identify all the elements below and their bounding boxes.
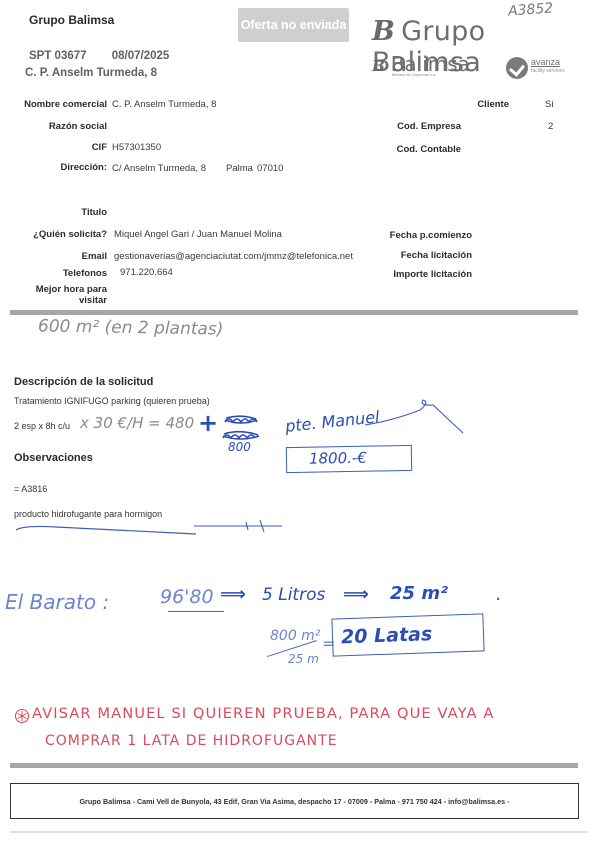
description-line-1: Tratamiento IGNIFUGO parking (quieren pr… (14, 396, 210, 406)
red-note-line-1: AVISAR MANUEL SI QUIEREN PRUEBA, PARA QU… (32, 706, 494, 722)
document-date: 08/07/2025 (112, 50, 170, 62)
label-mejor-hora-line1: Mejor hora para (36, 284, 107, 295)
star-circle-icon (14, 708, 30, 724)
handwritten-plus: + (198, 409, 218, 437)
handwritten-coverage: 25 m² (390, 583, 448, 604)
value-telefonos: 971.220.664 (120, 267, 173, 278)
label-quien-solicita: ¿Quién solicita? (33, 229, 107, 240)
arrow-icon-2: ⟹ (343, 584, 369, 605)
observations-title: Observaciones (14, 452, 93, 464)
document-number: SPT 03677 (29, 50, 87, 62)
label-razon-social: Razón social (49, 121, 107, 132)
balimsa-logo: BBalimsa Balears de Limpiezas s.a. (372, 52, 470, 76)
value-nombre-comercial: C. P. Anselm Turmeda, 8 (112, 99, 216, 110)
company-name: Grupo Balimsa (29, 13, 114, 27)
observations-line-1: = A3816 (14, 484, 47, 494)
label-cif: CIF (92, 142, 107, 153)
handwritten-fraction-denominator: 25 m (288, 652, 319, 666)
logo-tagline: Balears de Limpiezas s.a. (392, 73, 436, 77)
value-quien-solicita: Miquel Angel Gari / Juan Manuel Molina (114, 229, 282, 240)
label-fecha-licitacion: Fecha licitación (401, 250, 472, 261)
label-cliente: Cliente (477, 99, 509, 110)
observations-line-2: producto hidrofugante para hormigon (14, 509, 162, 519)
value-codigo-postal: 07010 (257, 163, 283, 174)
price-underline (168, 611, 224, 612)
footer-separator (10, 763, 578, 768)
underline-stroke-icon (14, 520, 274, 540)
description-title: Descripción de la solicitud (14, 376, 153, 388)
red-note-line-2: COMPRAR 1 LATA DE HIDROFUGANTE (45, 733, 338, 749)
label-mejor-hora-line2: visitar (36, 295, 107, 306)
value-cliente: Si (545, 99, 553, 110)
label-cod-contable: Cod. Contable (397, 144, 461, 155)
label-nombre-comercial: Nombre comercial (24, 99, 107, 110)
checkmark-icon (506, 57, 528, 79)
value-cod-empresa: 2 (548, 121, 553, 132)
avanza-sub: facility services (531, 68, 565, 74)
total-box: 1800.-€ (286, 445, 412, 473)
handwritten-calc: x 30 €/H = 480 (80, 414, 194, 432)
label-mejor-hora: Mejor hora para visitar (36, 284, 107, 306)
label-titulo: Titulo (81, 207, 107, 218)
result-box: 20 Latas (331, 613, 484, 656)
avanza-name: avanza (531, 57, 560, 67)
handwritten-liters: 5 Litros (262, 585, 325, 605)
label-email: Email (82, 251, 107, 262)
label-telefonos: Telefonos (63, 268, 107, 279)
document-header: SPT 03677 08/07/2025 (29, 50, 169, 62)
handwritten-cheap-price: 96'80 (160, 586, 214, 608)
balimsa-b-icon: B (372, 16, 395, 47)
label-fecha-comienzo: Fecha p.comienzo (390, 230, 472, 241)
handwritten-cheap-label: El Barato : (5, 590, 109, 614)
site-name: C. P. Anselm Turmeda, 8 (25, 67, 157, 79)
label-cod-empresa: Cod. Empresa (397, 121, 461, 132)
section-separator (10, 310, 578, 315)
pen-stroke-icon (360, 400, 460, 440)
status-badge: Oferta no enviada (238, 8, 349, 42)
handwritten-total: 1800.-€ (309, 449, 367, 468)
arrow-icon: ⟹ (220, 584, 246, 605)
value-direccion: C/ Anselm Turmeda, 8 (112, 163, 206, 174)
label-direccion: Dirección: (61, 162, 107, 173)
label-importe-licitacion: Importe licitación (393, 269, 472, 280)
balimsa-b-small-icon: B (372, 57, 385, 75)
handwritten-area-note: 600 m² (en 2 plantas) (38, 316, 224, 339)
handwritten-coverage-dot: . (496, 584, 502, 605)
footer-box: Grupo Balimsa - Cami Vell de Bunyola, 43… (10, 783, 579, 819)
description-line-2: 2 esp x 8h c/u (14, 421, 70, 431)
handwritten-subtotal: 800 (228, 440, 251, 454)
value-cif: H57301350 (112, 142, 161, 153)
value-email: gestionaverias@agenciaciutat.com/jmmz@te… (114, 251, 353, 262)
footer-text: Grupo Balimsa - Cami Vell de Bunyola, 43… (79, 797, 509, 806)
handwritten-result: 20 Latas (341, 623, 433, 648)
value-ciudad: Palma (226, 163, 253, 174)
bottom-separator (10, 831, 588, 833)
